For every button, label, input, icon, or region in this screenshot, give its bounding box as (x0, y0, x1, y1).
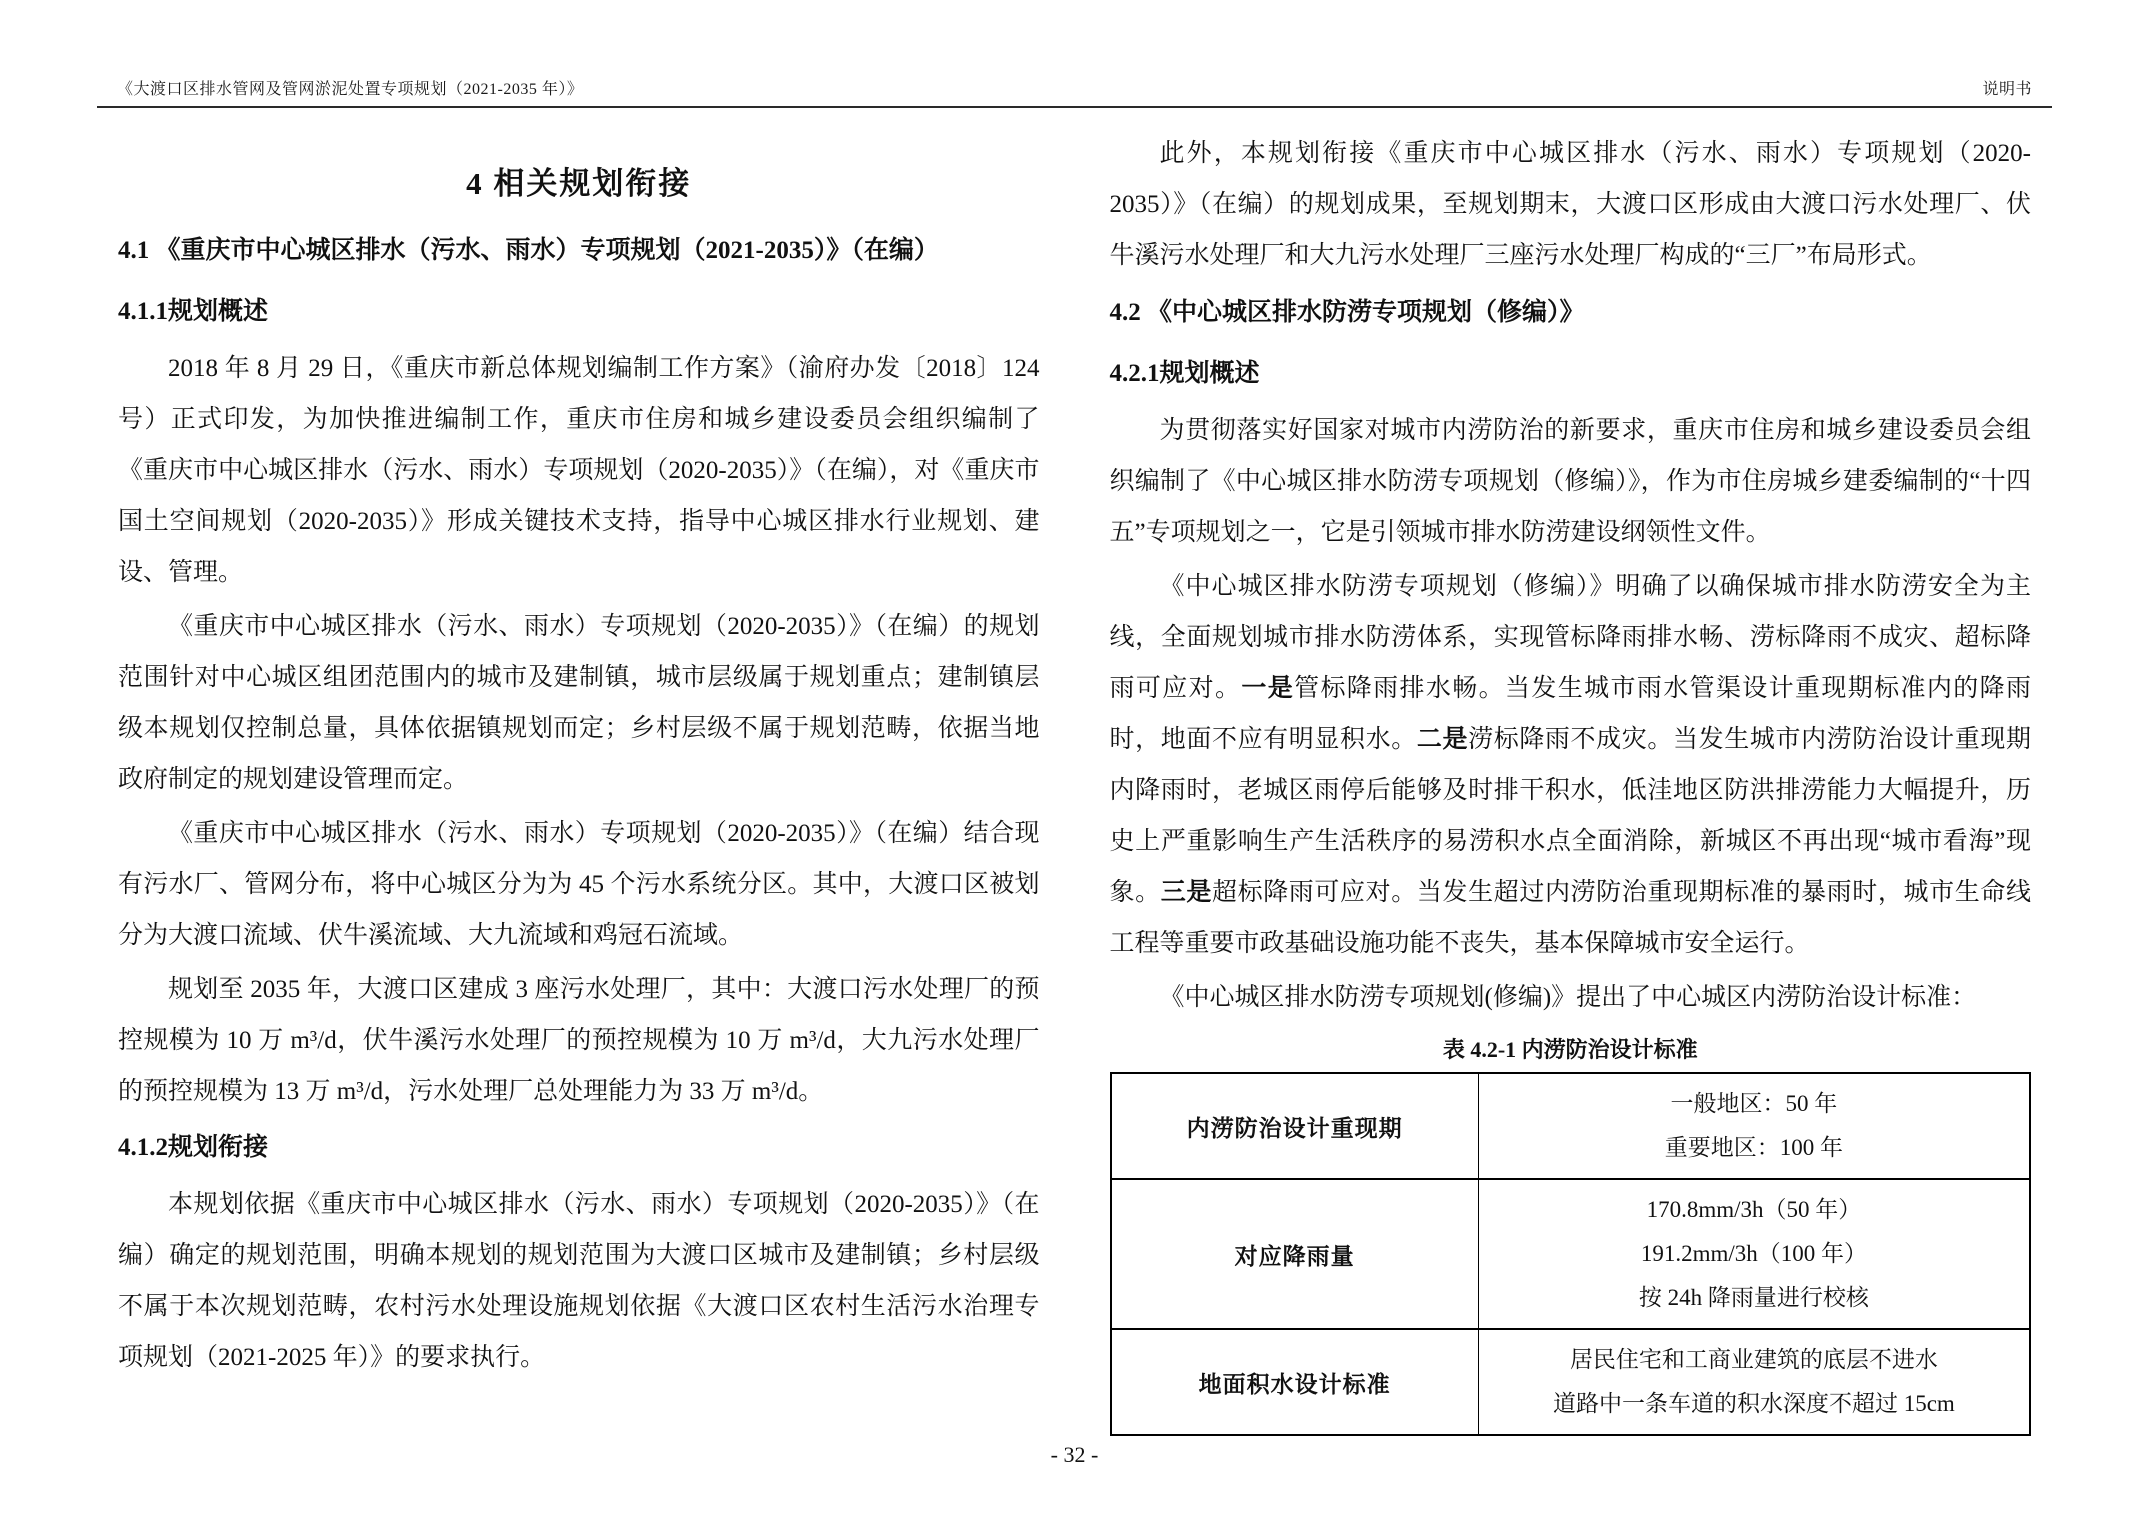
paragraph-4-2-1-c: 《中心城区排水防涝专项规划(修编)》提出了中心城区内涝防治设计标准： (1110, 972, 2032, 1023)
table-row: 内涝防治设计重现期 一般地区：50 年 重要地区：100 年 (1111, 1073, 2031, 1179)
emphasis-run-1: 一是 (1241, 675, 1294, 702)
text-run: 超标降雨可应对。当发生超过内涝防治重现期标准的暴雨时，城市生命线工程等重要市政基… (1110, 879, 2031, 957)
value-line: 重要地区：100 年 (1485, 1126, 2023, 1170)
value-line: 道路中一条车道的积水深度不超过 15cm (1485, 1382, 2023, 1426)
value-line: 按 24h 降雨量进行校核 (1485, 1276, 2023, 1320)
value-line: 191.2mm/3h（100 年） (1485, 1232, 2023, 1276)
paragraph-4-2-1-b: 《中心城区排水防涝专项规划（修编）》明确了以确保城市排水防涝安全为主线，全面规划… (1110, 561, 2032, 969)
paragraph-4-1-1-d: 规划至 2035 年，大渡口区建成 3 座污水处理厂，其中：大渡口污水处理厂的预… (118, 964, 1040, 1117)
row-value-cell: 居民住宅和工商业建筑的底层不进水 道路中一条车道的积水深度不超过 15cm (1478, 1329, 2030, 1435)
table-row: 对应降雨量 170.8mm/3h（50 年） 191.2mm/3h（100 年）… (1111, 1179, 2031, 1329)
value-line: 居民住宅和工商业建筑的底层不进水 (1485, 1338, 2023, 1382)
row-value-cell: 170.8mm/3h（50 年） 191.2mm/3h（100 年） 按 24h… (1478, 1179, 2030, 1329)
emphasis-run-3: 三是 (1161, 879, 1212, 906)
section-heading-4-1-1: 4.1.1规划概述 (118, 291, 1040, 327)
paragraph-4-1-1-b: 《重庆市中心城区排水（污水、雨水）专项规划（2020-2035）》（在编）的规划… (118, 601, 1040, 805)
row-label-cell: 内涝防治设计重现期 (1111, 1073, 1479, 1179)
page-number: - 32 - (0, 1442, 2149, 1468)
paragraph-4-1-2-a: 本规划依据《重庆市中心城区排水（污水、雨水）专项规划（2020-2035）》（在… (118, 1179, 1040, 1383)
two-column-body: 4 相关规划衔接 4.1 《重庆市中心城区排水（污水、雨水）专项规划（2021-… (0, 108, 2149, 1436)
row-label-cell: 地面积水设计标准 (1111, 1329, 1479, 1435)
paragraph-4-1-1-c: 《重庆市中心城区排水（污水、雨水）专项规划（2020-2035）》（在编）结合现… (118, 808, 1040, 961)
row-value-cell: 一般地区：50 年 重要地区：100 年 (1478, 1073, 2030, 1179)
section-heading-4-1: 4.1 《重庆市中心城区排水（污水、雨水）专项规划（2021-2035）》（在编… (118, 233, 1040, 269)
value-line: 一般地区：50 年 (1485, 1082, 2023, 1126)
standards-table: 内涝防治设计重现期 一般地区：50 年 重要地区：100 年 对应降雨量 170… (1110, 1072, 2032, 1436)
emphasis-run-2: 二是 (1417, 726, 1468, 753)
column-right: 此外，本规划衔接《重庆市中心城区排水（污水、雨水）专项规划（2020-2035）… (1110, 128, 2032, 1436)
column-left: 4 相关规划衔接 4.1 《重庆市中心城区排水（污水、雨水）专项规划（2021-… (118, 128, 1040, 1436)
table-caption: 表 4.2-1 内涝防治设计标准 (1110, 1033, 2032, 1064)
section-heading-4-1-2: 4.1.2规划衔接 (118, 1127, 1040, 1163)
header-doc-title: 《大渡口区排水管网及管网淤泥处置专项规划（2021-2035 年）》 (117, 76, 583, 99)
section-heading-4-2: 4.2 《中心城区排水防涝专项规划（修编）》 (1110, 295, 2032, 331)
row-label-cell: 对应降雨量 (1111, 1179, 1479, 1329)
header-doc-type: 说明书 (1982, 76, 2032, 99)
table-row: 地面积水设计标准 居民住宅和工商业建筑的底层不进水 道路中一条车道的积水深度不超… (1111, 1329, 2031, 1435)
document-page: 《大渡口区排水管网及管网淤泥处置专项规划（2021-2035 年）》 说明书 4… (0, 0, 2149, 1520)
page-header: 《大渡口区排水管网及管网淤泥处置专项规划（2021-2035 年）》 说明书 (97, 76, 2052, 108)
section-heading-4-2-1: 4.2.1规划概述 (1110, 353, 2032, 389)
chapter-heading: 4 相关规划衔接 (118, 158, 1040, 203)
paragraph-4-1-1-a: 2018 年 8 月 29 日，《重庆市新总体规划编制工作方案》（渝府办发〔20… (118, 343, 1040, 598)
paragraph-4-1-2-b: 此外，本规划衔接《重庆市中心城区排水（污水、雨水）专项规划（2020-2035）… (1110, 128, 2032, 281)
paragraph-4-2-1-a: 为贯彻落实好国家对城市内涝防治的新要求，重庆市住房和城乡建设委员会组织编制了《中… (1110, 405, 2032, 558)
value-line: 170.8mm/3h（50 年） (1485, 1188, 2023, 1232)
